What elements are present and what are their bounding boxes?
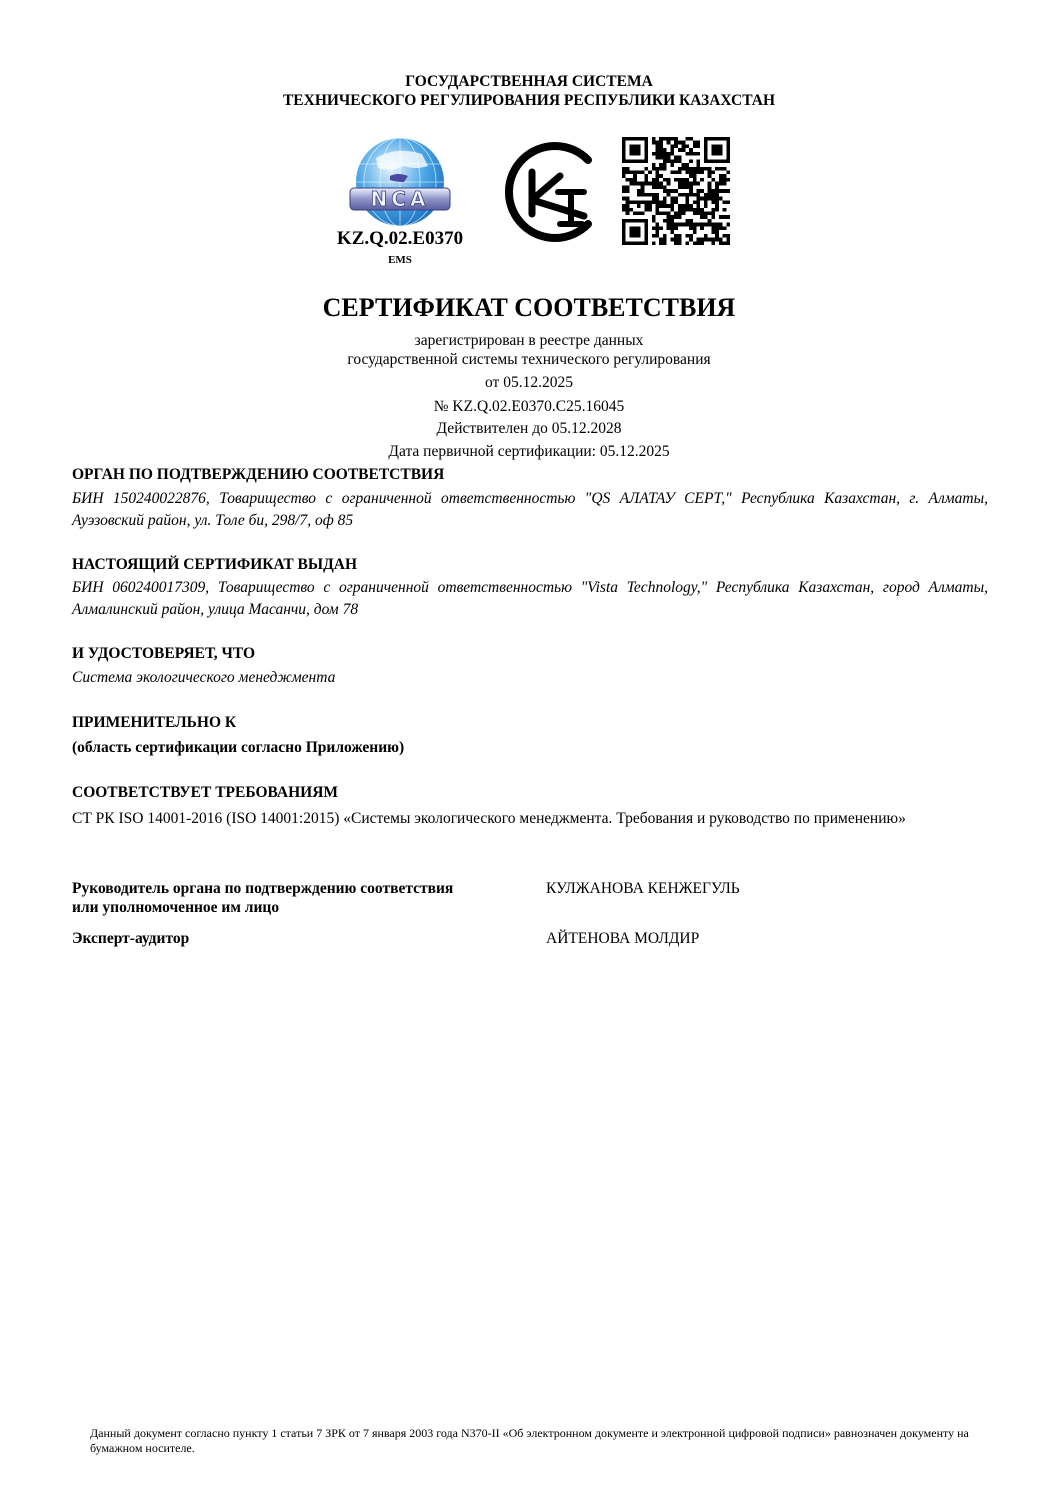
signatory-role-auditor: Эксперт-аудитор — [72, 929, 472, 948]
registered-line-2: государственной системы технического рег… — [0, 350, 1058, 369]
certifies-heading: И УДОСТОВЕРЯЕТ, ЧТО — [72, 644, 255, 663]
applicable-scope: (область сертификации согласно Приложени… — [72, 738, 404, 757]
issued-to-details: БИН 060240017309, Товарищество с огранич… — [72, 577, 988, 621]
svg-text:NCA: NCA — [371, 187, 430, 211]
globe-icon: NCA — [346, 136, 454, 228]
header-line-2: ТЕХНИЧЕСКОГО РЕГУЛИРОВАНИЯ РЕСПУБЛИКИ КА… — [0, 91, 1058, 110]
standard-requirements: СТ РК ISO 14001-2016 (ISO 14001:2015) «С… — [72, 808, 988, 829]
accreditation-subtitle: EMS — [325, 254, 475, 266]
initial-certification-date: Дата первичной сертификации: 05.12.2025 — [0, 442, 1058, 461]
certification-body-details: БИН 150240022876, Товарищество с огранич… — [72, 488, 988, 532]
legal-footer-note: Данный документ согласно пункту 1 статьи… — [90, 1426, 990, 1456]
nca-globe-logo: NCA — [346, 136, 454, 228]
certified-system: Система экологического менеджмента — [72, 667, 988, 689]
applicable-heading: ПРИМЕНИТЕЛЬНО К — [72, 713, 236, 732]
registration-date: от 05.12.2025 — [0, 373, 1058, 392]
signatory-role-head: Руководитель органа по подтверждению соо… — [72, 879, 472, 917]
kt-conformity-mark-icon — [496, 138, 598, 246]
certification-body-heading: ОРГАН ПО ПОДТВЕРЖДЕНИЮ СООТВЕТСТВИЯ — [72, 465, 444, 484]
issued-to-heading: НАСТОЯЩИЙ СЕРТИФИКАТ ВЫДАН — [72, 555, 357, 574]
accreditation-code: KZ.Q.02.E0370 — [325, 228, 475, 250]
certificate-title: СЕРТИФИКАТ СООТВЕТСТВИЯ — [0, 293, 1058, 323]
qr-code[interactable] — [621, 137, 731, 245]
certificate-number: № KZ.Q.02.E0370.C25.16045 — [0, 397, 1058, 416]
header-line-1: ГОСУДАРСТВЕННАЯ СИСТЕМА — [0, 72, 1058, 91]
valid-until: Действителен до 05.12.2028 — [0, 419, 1058, 438]
signatory-name-auditor: АЙТЕНОВА МОЛДИР — [546, 929, 699, 948]
signatory-name-head: КУЛЖАНОВА КЕНЖЕГУЛЬ — [546, 879, 740, 898]
complies-heading: СООТВЕТСТВУЕТ ТРЕБОВАНИЯМ — [72, 783, 338, 802]
registered-line-1: зарегистрирован в реестре данных — [0, 331, 1058, 350]
